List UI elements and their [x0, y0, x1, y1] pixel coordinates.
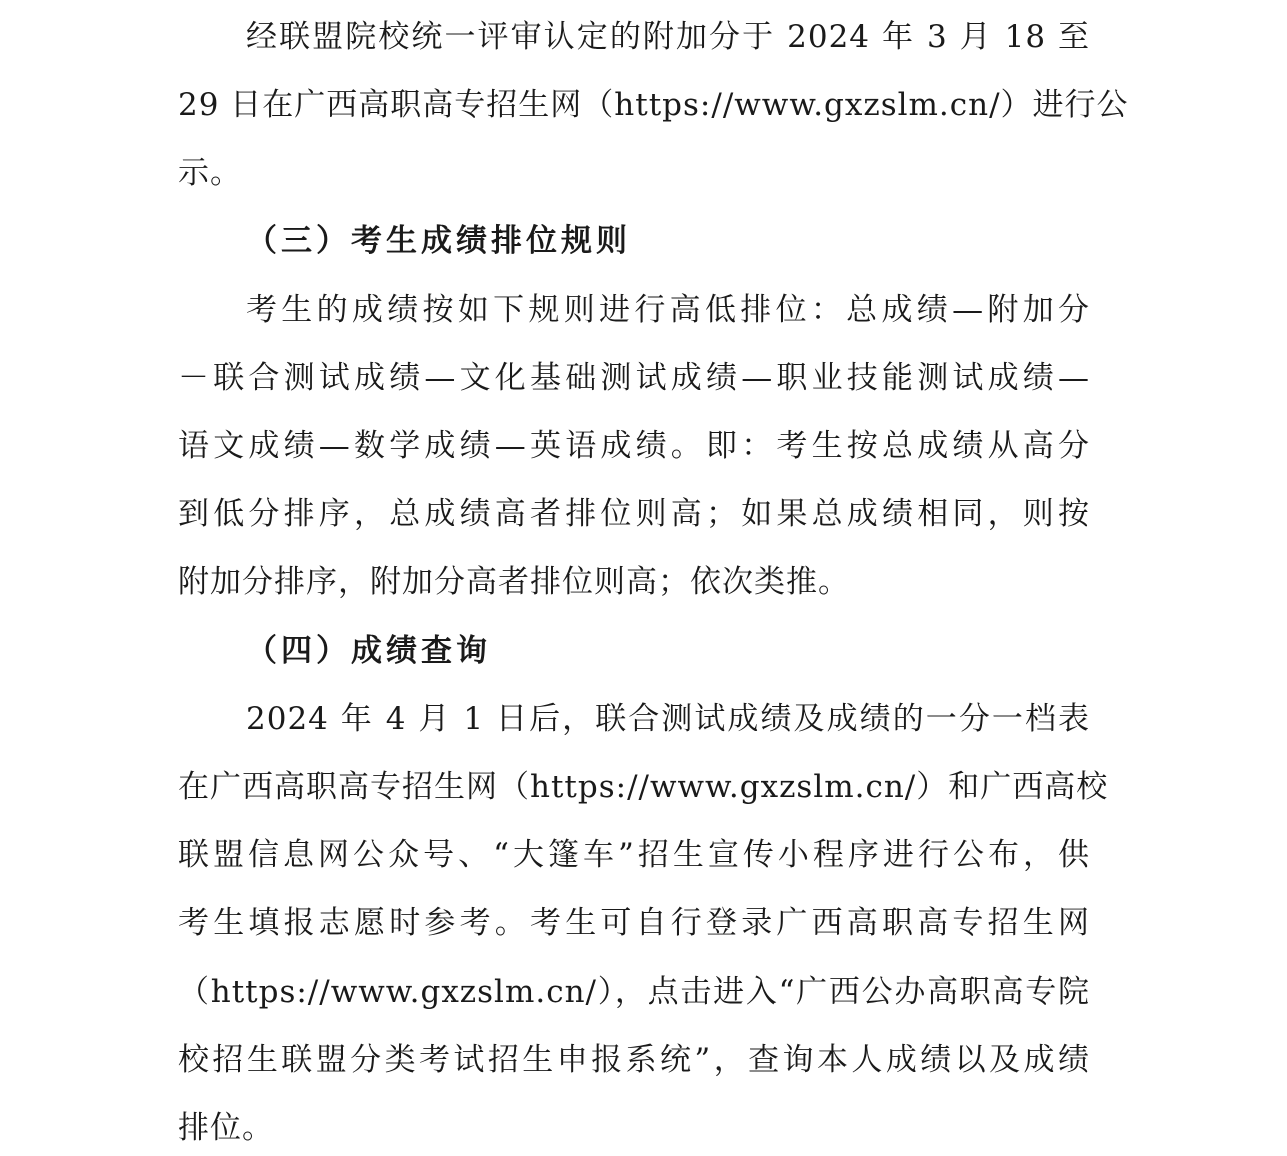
section-4-line-5: （https://www.gxzslm.cn/），点击进入“广西公办高职高专院	[178, 968, 1090, 1016]
section-4-line-4: 考生填报志愿时参考。考生可自行登录广西高职高专招生网	[178, 899, 1090, 947]
section-3-line-2: －联合测试成绩—文化基础测试成绩—职业技能测试成绩—	[178, 354, 1090, 402]
paragraph-1-line-2: 29 日在广西高职高专招生网（https://www.gxzslm.cn/）进行…	[178, 81, 1090, 129]
section-3-line-3: 语文成绩—数学成绩—英语成绩。即：考生按总成绩从高分	[178, 422, 1090, 470]
section-4-line-1: 2024 年 4 月 1 日后，联合测试成绩及成绩的一分一档表	[246, 695, 1090, 743]
section-3-heading: （三）考生成绩排位规则	[246, 217, 631, 265]
section-3-line-4: 到低分排序，总成绩高者排位则高；如果总成绩相同，则按	[178, 490, 1090, 538]
section-3-line-5: 附加分排序，附加分高者排位则高；依次类推。	[178, 558, 1090, 606]
paragraph-1-line-1: 经联盟院校统一评审认定的附加分于 2024 年 3 月 18 至	[246, 13, 1090, 61]
paragraph-1-line-3: 示。	[178, 149, 1090, 197]
section-4-line-2: 在广西高职高专招生网（https://www.gxzslm.cn/）和广西高校	[178, 763, 1090, 811]
section-4-line-7: 排位。	[178, 1104, 1090, 1152]
section-3-line-1: 考生的成绩按如下规则进行高低排位：总成绩—附加分	[246, 286, 1090, 334]
section-4-heading: （四）成绩查询	[246, 627, 491, 675]
section-4-line-3: 联盟信息网公众号、“大篷车”招生宣传小程序进行公布，供	[178, 831, 1090, 879]
section-4-line-6: 校招生联盟分类考试招生申报系统”，查询本人成绩以及成绩	[178, 1036, 1090, 1084]
document-page: 经联盟院校统一评审认定的附加分于 2024 年 3 月 18 至 29 日在广西…	[0, 0, 1287, 1156]
